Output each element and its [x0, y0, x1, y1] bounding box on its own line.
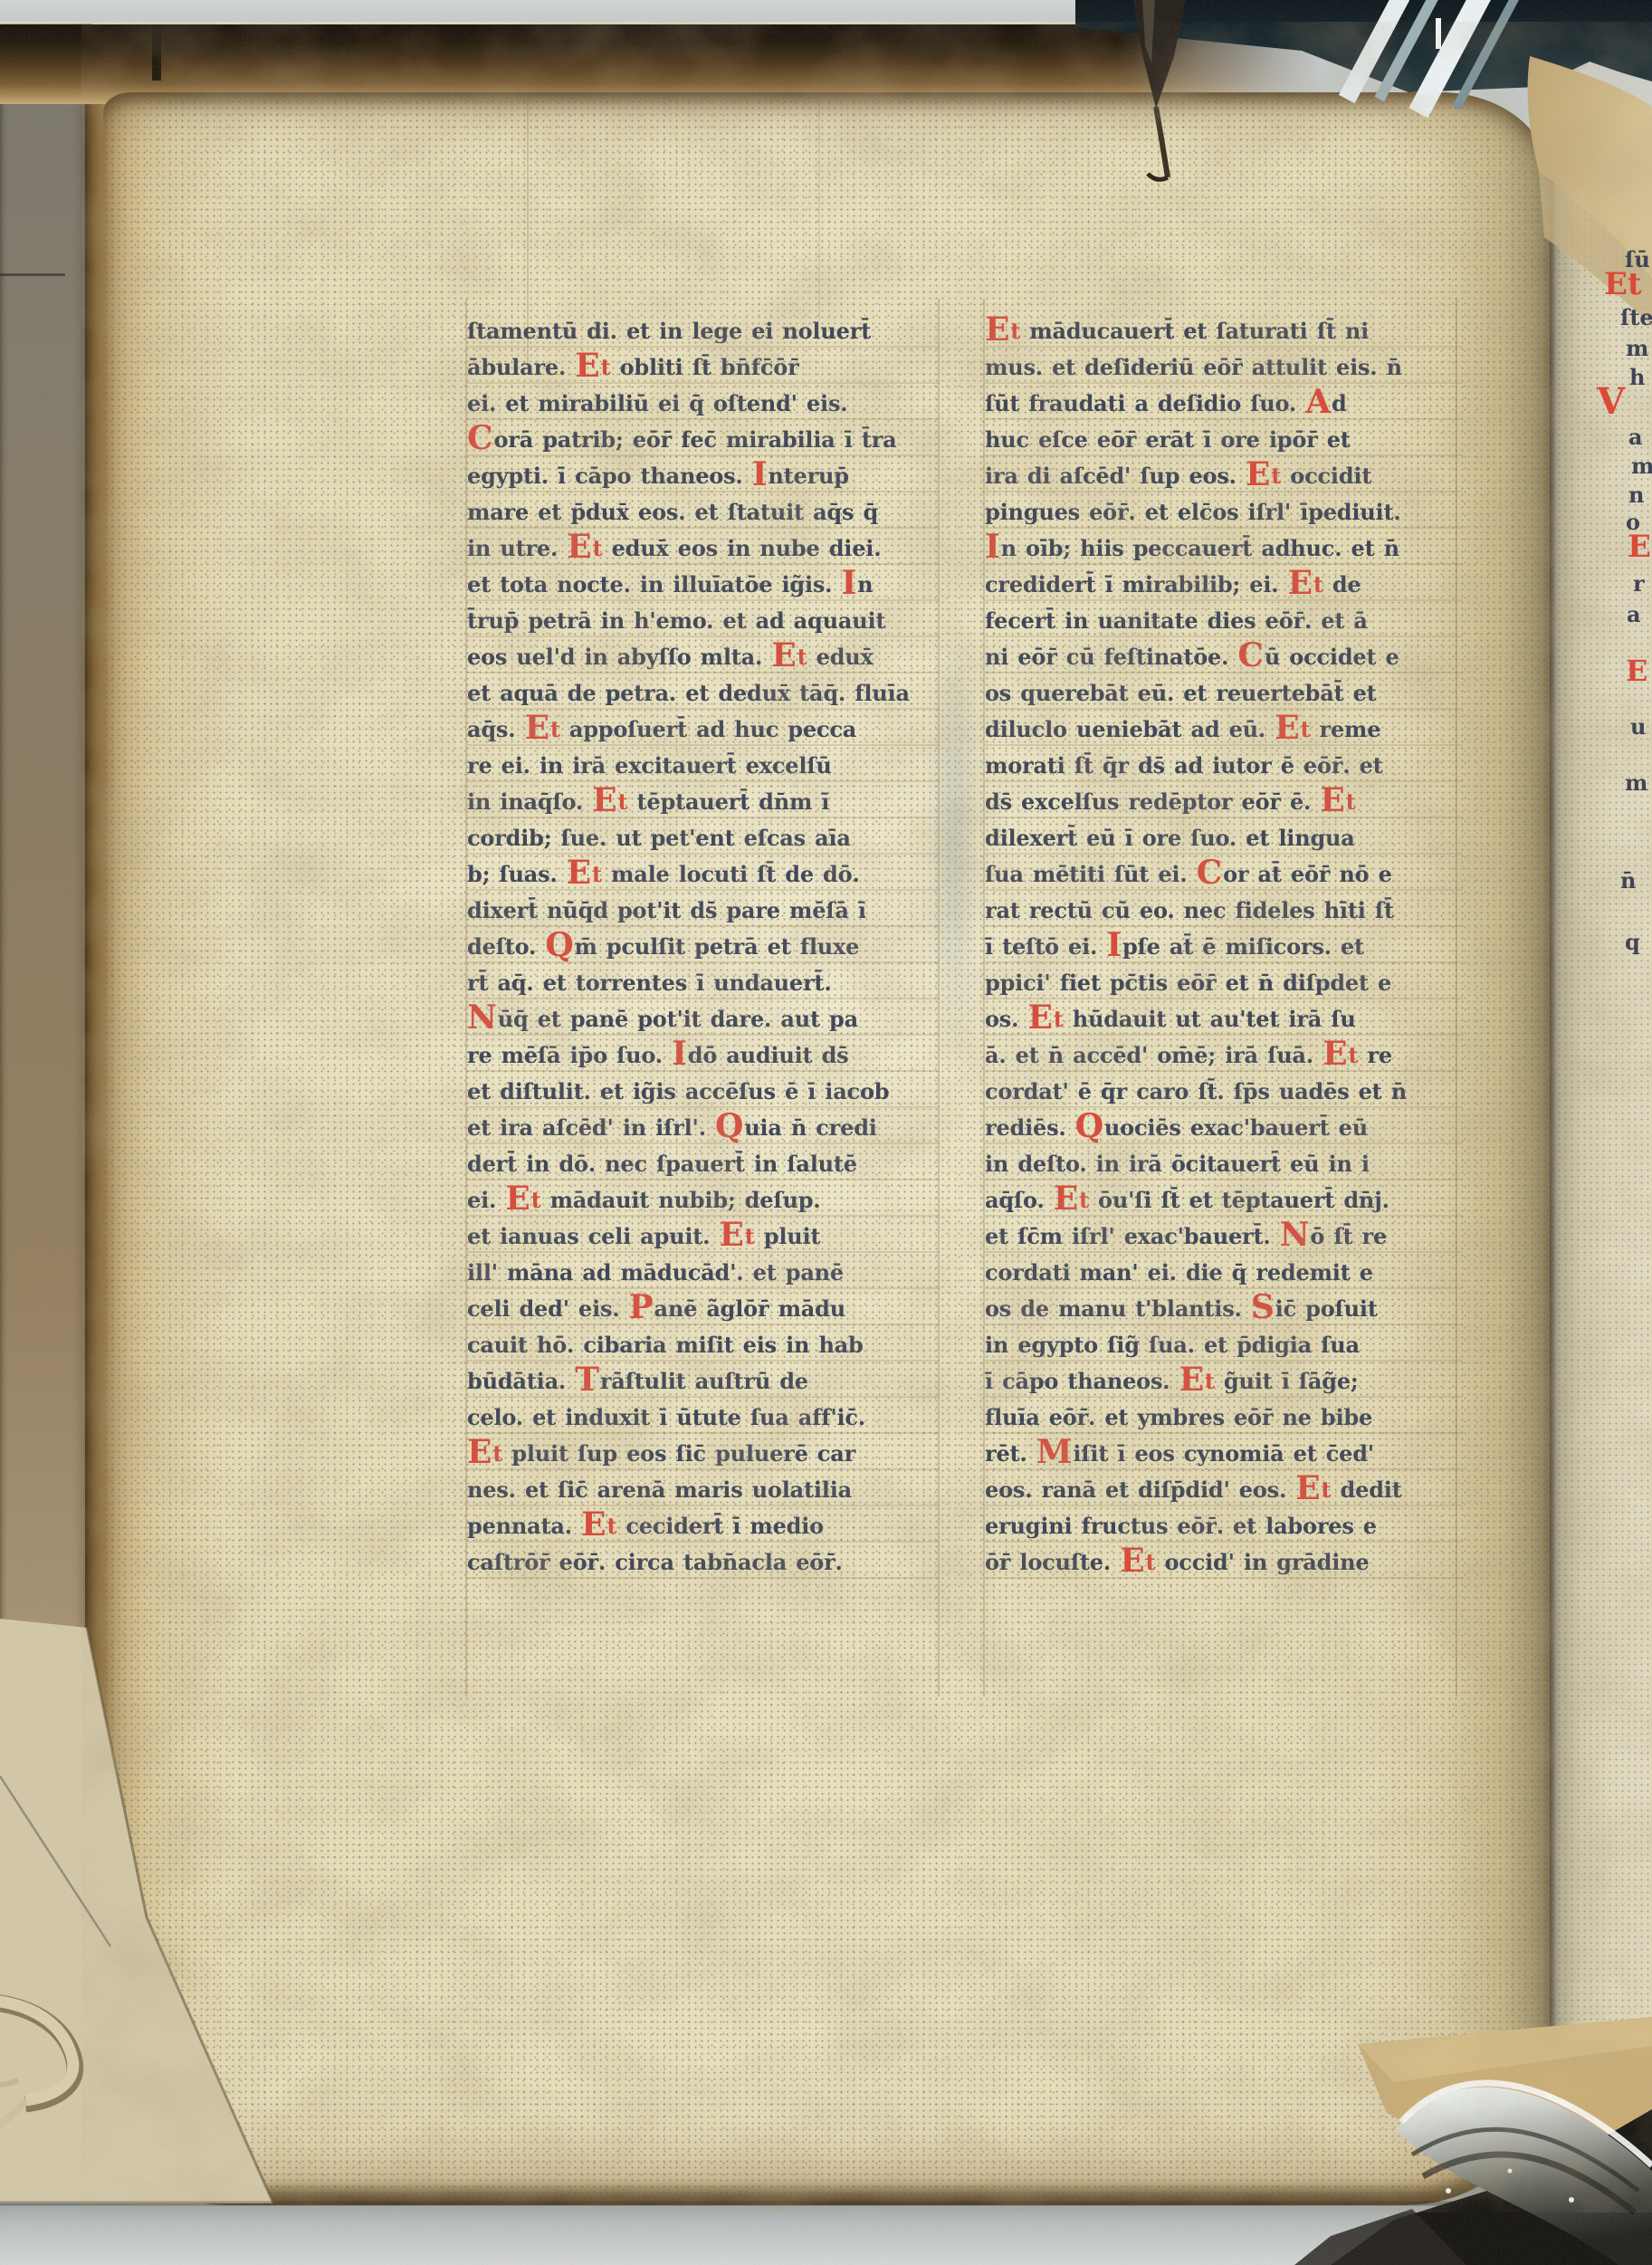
ms-line: t̄rup̄ petrā in h'emo. et ad aquauit [467, 603, 940, 639]
rubric-initial: I [985, 535, 1001, 561]
left-cover-edge [0, 24, 92, 2178]
ms-line: morati ſt̄ q̄r ds̄ ad iutor ē eōr̄. et [985, 748, 1463, 784]
ms-line: aq̄s. Et appoſuert̄ ad huc pecca [467, 712, 940, 748]
ms-line: in utre. Et edux̄ eos in nube diei. [467, 530, 940, 567]
rubric-initial: Et [467, 1440, 502, 1467]
ms-line: erugini fructus eōr̄. et labores e [985, 1508, 1463, 1544]
ms-line: aq̄ſo. Et ōu'ſi ſt̄ et tēptauert̄ dn̄j. [985, 1182, 1463, 1219]
ms-line: rēt. Miſit ī eos cynomiā et c̄ed' [985, 1436, 1463, 1472]
ms-line: ābulare. Et obliti ſt̄ bn̄fc̄ōr̄ [467, 349, 940, 386]
ms-line: os de manu t'blantis. Sic̄ poſuit [985, 1291, 1463, 1327]
ms-line: Nūq̄ et panē pot'it dare. aut pa [467, 1001, 940, 1037]
ms-line: ī teſtō ei. Ipſe at̄ ē miſicors. et [985, 929, 1463, 965]
rubric-initial: S [1251, 1295, 1275, 1322]
rubric-initial: M [1036, 1440, 1074, 1467]
ms-line: eos uel'd in abyſſo mlta. Et edux̄ [467, 639, 940, 675]
adjacent-page-glyph: m [1631, 453, 1652, 479]
text-column-left: ſtamentū di. et in lege ei noluert̄ābula… [467, 313, 940, 1581]
ms-line: egypti. ī cāpo thaneos. Interup̄ [467, 458, 940, 494]
manuscript-page: ſtamentū di. et in lege ei noluert̄ābula… [103, 92, 1550, 2205]
adjacent-page-glyph: m [1625, 769, 1647, 796]
rubric-initial: Et [771, 644, 807, 670]
rubric-initial: Et [1320, 788, 1355, 815]
rubric-initial: I [752, 463, 769, 489]
rubric-initial: N [467, 1006, 498, 1032]
ms-line: Et pluit ſup eos ſic̄ puluerē car [467, 1436, 940, 1472]
ms-line: ds̄ excelſus redēptor eōr̄ ē. Et [985, 784, 1463, 820]
rubric-initial: I [672, 1042, 688, 1068]
rubric-initial: Q [715, 1114, 744, 1141]
adjacent-page-glyph: a [1627, 601, 1641, 627]
ms-line: ira di aſcēd' ſup eos. Et occidit [985, 458, 1463, 494]
adjacent-page-glyph: h [1629, 364, 1645, 390]
rubric-initial: Et [1288, 571, 1323, 597]
ms-line: Corā patrib; eōr̄ fec̄ mirabilia ī t̄ra [467, 422, 940, 458]
ms-line: ā. et n̄ accēd' om̄ē; irā ſuā. Et re [985, 1037, 1463, 1074]
ms-line: fluīa eōr̄. et ymbres eōr̄ ne bibe [985, 1400, 1463, 1436]
ms-line: os. Et hūdauit ut au'tet irā ſu [985, 1001, 1463, 1037]
text-column-right: Et māducauert̄ et ſaturati ſt̄ nimus. et… [985, 313, 1463, 1581]
ms-line: cordati man' ei. die q̄ redemit e [985, 1255, 1463, 1291]
rubric-initial: Et [1027, 1006, 1063, 1032]
ms-line: ī cāpo thaneos. Et g̃uit ī ſāg̃e; [985, 1363, 1463, 1400]
ms-line: diluclo ueniebāt ad eū. Et reme [985, 712, 1463, 748]
page-crease [818, 96, 820, 322]
rubric-initial: P [629, 1295, 654, 1322]
rubric-initial: Et [567, 861, 602, 887]
ms-line: et ira aſcēd' in iſrl'. Quia n̄ credi [467, 1110, 940, 1146]
ms-line: pennata. Et cecidert̄ ī medio [467, 1508, 940, 1544]
ms-line: pingues eōr̄. et elc̄os iſrl' īpediuit. [985, 494, 1463, 530]
ms-line: nes. et ſic̄ arenā maris uolatilia [467, 1472, 940, 1508]
ms-line: in inaq̄ſo. Et tēptauert̄ dn̄m ī [467, 784, 940, 820]
rubric-initial: Q [545, 933, 574, 960]
adjacent-page-glyph: a [1628, 424, 1643, 450]
rubric-initial: Et [719, 1223, 754, 1249]
adjacent-page-glyph: ſte [1620, 304, 1652, 330]
ms-line: cordat' ē q̄r caro ſt̄. ſp̄s uadēs et n̄ [985, 1074, 1463, 1110]
rubric-initial: Et [581, 1513, 616, 1539]
ms-line: et diſtulit. et ig̃is accēſus ē ī iacob [467, 1074, 940, 1110]
rubric-initial: I [1106, 933, 1122, 960]
ms-line: in deſto. in irā ōcitauert̄ eū in i [985, 1146, 1463, 1182]
adjacent-page-glyph: E [1628, 529, 1651, 565]
ms-line: ppici' fiet pc̄tis eōr̄ et n̄ diſpdet e [985, 965, 1463, 1001]
adjacent-page-glyph: Et [1604, 266, 1642, 302]
ms-line: rat rectū cū eo. nec fideles hīti ſt̄ [985, 893, 1463, 929]
ms-line: ſua mētiti ſūt ei. Cor at̄ eōr̄ nō e [985, 856, 1463, 893]
top-edge-gap [152, 24, 161, 81]
ms-line: būdātia. Trāſtulit auſtrū de [467, 1363, 940, 1400]
ms-line: ōr̄ locuſte. Et occid' in grādine [985, 1544, 1463, 1581]
adjacent-page-glyph: u [1630, 713, 1646, 740]
ms-line: ſūt fraudati a deſidio ſuo. Ad [985, 386, 1463, 422]
ms-line: re ei. in irā excitauert̄ excelſū [467, 748, 940, 784]
ms-line: b; ſuas. Et male locuti ſt̄ de dō. [467, 856, 940, 893]
rubric-initial: Et [1054, 1187, 1089, 1213]
ms-line: Et māducauert̄ et ſaturati ſt̄ ni [985, 313, 1463, 349]
ms-line: rediēs. Quociēs exac'bauert̄ eū [985, 1110, 1463, 1146]
rubric-initial: I [841, 571, 857, 597]
rubric-initial: Et [1295, 1477, 1331, 1503]
ms-line: cauit hō. cibaria miſit eis in hab [467, 1327, 940, 1363]
rubric-initial: Et [1275, 716, 1310, 742]
adjacent-page-glyph: q [1625, 929, 1640, 955]
rubric-initial: Et [567, 535, 602, 561]
rubric-initial: Et [592, 788, 627, 815]
ms-line: fecert̄ in uanitate dies eōr̄. et ā [985, 603, 1463, 639]
ms-line: dert̄ in dō. nec ſpauert̄ in ſalutē [467, 1146, 940, 1182]
ms-line: dixert̄ nūq̄d pot'it ds̄ pare mēſā ī [467, 893, 940, 929]
rubric-initial: Et [1120, 1549, 1155, 1575]
adjacent-page-glyph: n [1628, 482, 1644, 508]
ms-line: In oīb; hiis peccauert̄ adhuc. et n̄ [985, 530, 1463, 567]
ms-line: huc eſce eōr̄ erāt ī ore ipōr̄ et [985, 422, 1463, 458]
ms-line: re mēſā ip̄o ſuo. Idō audiuit ds̄ [467, 1037, 940, 1074]
rubric-initial: Et [985, 318, 1020, 344]
ms-line: et tota nocte. in illuīatōe ig̃is. In [467, 567, 940, 603]
ms-line: mus. et deſideriū eōr̄ attulit eis. n̄ [985, 349, 1463, 386]
rubric-initial: N [1280, 1223, 1311, 1249]
adjacent-page-glyph: E [1626, 654, 1647, 688]
ms-line: ill' māna ad māducād'. et panē [467, 1255, 940, 1291]
rubric-initial: Et [1323, 1042, 1358, 1068]
rubric-initial: C [467, 426, 493, 453]
ms-line: mare et p̄dux̄ eos. et ſtatuit aq̄s q̄ [467, 494, 940, 530]
ms-line: caſtrōr̄ eōr̄. circa tabn̄acla eōr̄. [467, 1544, 940, 1581]
ms-line: et ſc̄m iſrl' exac'bauert̄. Nō ſt̄ re [985, 1219, 1463, 1255]
ms-line: et aquā de petra. et dedux̄ tāq̄. fluīa [467, 675, 940, 712]
adjacent-page-glyph: r [1633, 570, 1645, 597]
cover-seam-line [0, 273, 65, 276]
ms-line: celo. et induxit ī ūtute ſua aff'ic̄. [467, 1400, 940, 1436]
ms-line: ni eōr̄ cū feſtinatōe. Cū occidet e [985, 639, 1463, 675]
ms-line: rt̄ aq̄. et torrentes ī undauert̄. [467, 965, 940, 1001]
fore-edge-shading [1443, 92, 1550, 2205]
rubric-initial: Et [505, 1187, 540, 1213]
rubric-initial: T [575, 1368, 600, 1394]
ms-line: et ianuas celi apuit. Et pluit [467, 1219, 940, 1255]
rubric-initial: C [1197, 861, 1223, 887]
ms-line: ſtamentū di. et in lege ei noluert̄ [467, 313, 940, 349]
rubric-initial: Et [525, 716, 560, 742]
ms-line: eos. ranā et diſp̄did' eos. Et dedit [985, 1472, 1463, 1508]
ms-line: ei. Et mādauit nubib; deſup. [467, 1182, 940, 1219]
rubric-initial: Et [1246, 463, 1281, 489]
ms-line: ei. et mirabiliū ei q̄ oſtend' eis. [467, 386, 940, 422]
rubric-initial: C [1237, 644, 1264, 670]
ms-line: credidert̄ ī mirabilib; ei. Et de [985, 567, 1463, 603]
ms-line: deſto. Qm̄ pculſit petrā et fluxe [467, 929, 940, 965]
adjacent-page-glyph: n̄ [1620, 867, 1636, 894]
ms-line: in egypto ſig̃ ſua. et p̄digia ſua [985, 1327, 1463, 1363]
rubric-initial: Et [575, 354, 610, 380]
ms-line: os querebāt eū. et reuertebāt̄ et [985, 675, 1463, 712]
adjacent-page-glyph: m [1626, 335, 1648, 361]
rubric-initial: Et [1179, 1368, 1215, 1394]
adjacent-page-glyph: V [1597, 380, 1625, 423]
rubric-initial: A [1305, 390, 1332, 416]
ms-line: celi ded' eis. Panē ãglōr̄ mādu [467, 1291, 940, 1327]
rubric-initial: Q [1075, 1114, 1104, 1141]
manuscript-photograph: ſtamentū di. et in lege ei noluert̄ābula… [0, 0, 1652, 2265]
ms-line: cordib; ſue. ut pet'ent eſcas aīa [467, 820, 940, 856]
ms-line: dilexert̄ eū ī ore ſuo. et lingua [985, 820, 1463, 856]
